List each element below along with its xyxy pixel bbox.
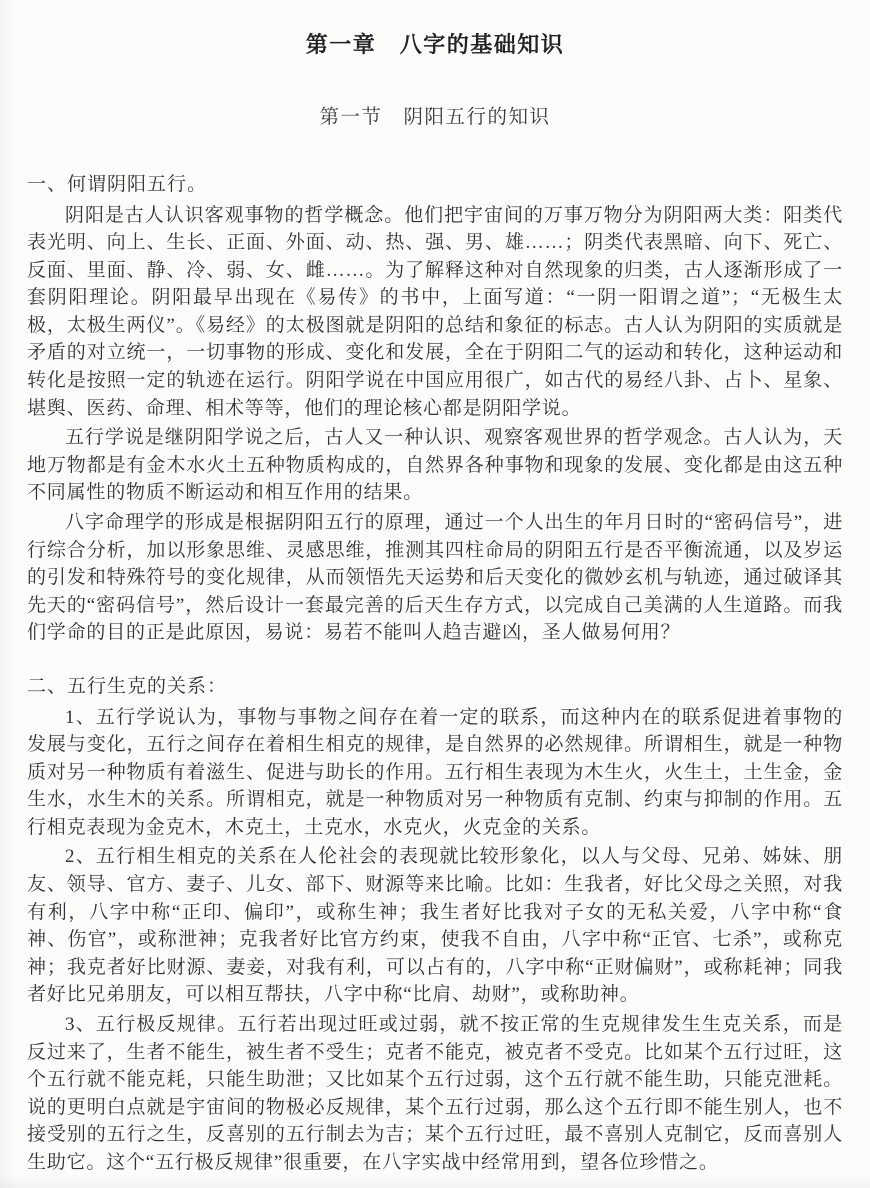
section-title: 第一节 阴阳五行的知识: [27, 101, 843, 129]
paragraph-2-1: 1、五行学说认为，事物与事物之间存在着一定的联系，而这种内在的联系促进着事物的发…: [27, 704, 843, 842]
chapter-title: 第一章 八字的基础知识: [27, 14, 843, 59]
section-shengke-guanxi: 二、五行生克的关系： 1、五行学说认为，事物与事物之间存在着一定的联系，而这种内…: [27, 673, 843, 1177]
paragraph-1-1: 阴阳是古人认识客观事物的哲学概念。他们把宇宙间的万事万物分为阴阳两大类：阳类代表…: [27, 202, 843, 423]
paragraph-2-2: 2、五行相生相克的关系在人伦社会的表现就比较形象化，以人与父母、兄弟、姊妹、朋友…: [27, 843, 843, 1009]
subheading-1: 一、何谓阴阳五行。: [27, 171, 843, 199]
section-yinyang-wuxing: 一、何谓阴阳五行。 阴阳是古人认识客观事物的哲学概念。他们把宇宙间的万事万物分为…: [27, 171, 843, 647]
subheading-2: 二、五行生克的关系：: [27, 673, 843, 701]
paragraph-1-3: 八字命理学的形成是根据阴阳五行的原理，通过一个人出生的年月日时的“密码信号”，进…: [27, 509, 843, 647]
paragraph-2-3: 3、五行极反规律。五行若出现过旺或过弱，就不按正常的生克规律发生生克关系，而是反…: [27, 1011, 843, 1177]
document-page: 第一章 八字的基础知识 第一节 阴阳五行的知识 一、何谓阴阳五行。 阴阳是古人认…: [0, 0, 870, 1188]
paragraph-1-2: 五行学说是继阴阳学说之后，古人又一种认识、观察客观世界的哲学观念。古人认为，天地…: [27, 424, 843, 507]
